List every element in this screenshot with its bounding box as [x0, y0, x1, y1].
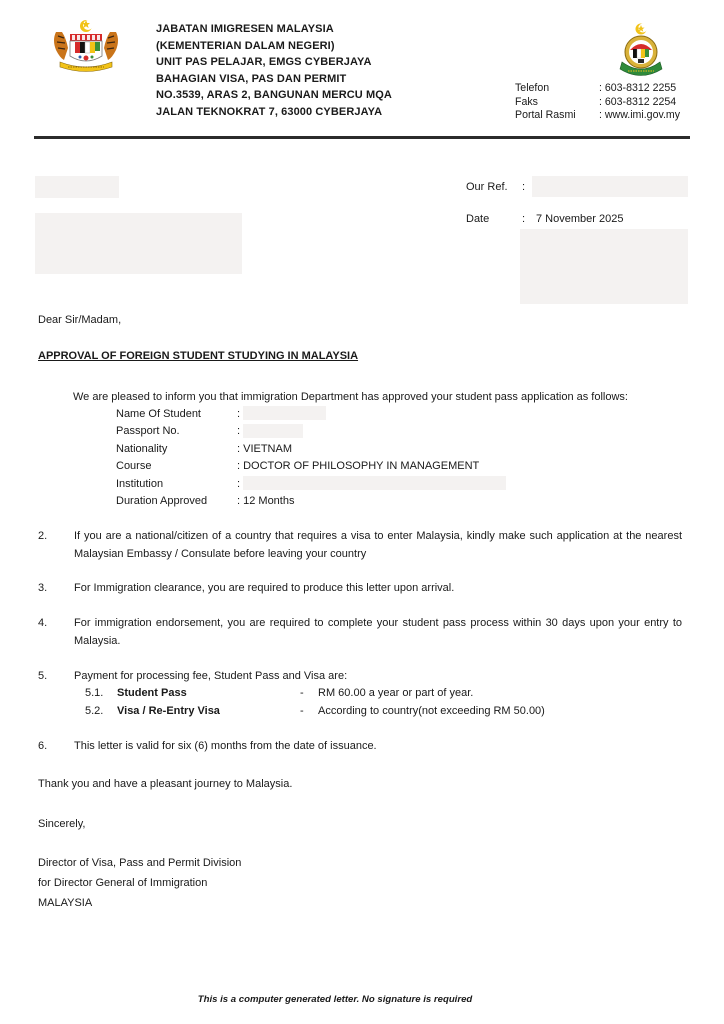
- detail-label: Passport No.: [116, 425, 237, 437]
- signatory-line: for Director General of Immigration: [38, 873, 241, 893]
- paragraph-5: 5. Payment for processing fee, Student P…: [38, 667, 682, 685]
- organization-address: JABATAN IMIGRESEN MALAYSIA (KEMENTERIAN …: [156, 21, 392, 121]
- org-line: BAHAGIAN VISA, PAS DAN PERMIT: [156, 71, 392, 88]
- paragraph-text: If you are a national/citizen of a count…: [74, 527, 682, 563]
- org-line: JALAN TEKNOKRAT 7, 63000 CYBERJAYA: [156, 104, 392, 121]
- contact-faks: Faks : 603-8312 2254: [515, 96, 680, 110]
- paragraph-number: 6.: [38, 737, 74, 755]
- detail-label: Name Of Student: [116, 408, 237, 420]
- org-line: NO.3539, ARAS 2, BANGUNAN MERCU MQA: [156, 87, 392, 104]
- immigration-department-crest-icon: [616, 22, 666, 82]
- fee-description: RM 60.00 a year or part of year.: [318, 685, 473, 702]
- detail-label: Course: [116, 460, 237, 472]
- date-value: 7 November 2025: [536, 213, 623, 225]
- paragraph-2: 2. If you are a national/citizen of a co…: [38, 527, 682, 563]
- our-ref-row: Our Ref. :: [466, 181, 536, 193]
- date-separator: :: [522, 213, 536, 225]
- detail-label: Duration Approved: [116, 495, 237, 507]
- detail-label: Nationality: [116, 443, 237, 455]
- fee-item-student-pass: 5.1. Student Pass - RM 60.00 a year or p…: [85, 685, 473, 702]
- salutation: Dear Sir/Madam,: [38, 312, 121, 329]
- fee-name: Visa / Re-Entry Visa: [117, 703, 300, 720]
- contact-telefon: Telefon : 603-8312 2255: [515, 82, 680, 96]
- detail-row: Name Of Student :: [116, 405, 479, 423]
- detail-value: : DOCTOR OF PHILOSOPHY IN MANAGEMENT: [237, 460, 479, 472]
- redacted-institution: [243, 476, 506, 490]
- contact-portal: Portal Rasmi : www.imi.gov.my: [515, 109, 680, 123]
- redacted-reference-block: [520, 229, 688, 304]
- detail-row: Duration Approved : 12 Months: [116, 493, 479, 511]
- date-row: Date : 7 November 2025: [466, 213, 623, 225]
- fee-number: 5.1.: [85, 685, 117, 702]
- header-divider: [34, 136, 690, 139]
- detail-row: Course : DOCTOR OF PHILOSOPHY IN MANAGEM…: [116, 458, 479, 476]
- paragraph-6: 6. This letter is valid for six (6) mont…: [38, 737, 682, 755]
- paragraph-3: 3. For Immigration clearance, you are re…: [38, 579, 682, 597]
- redacted-recipient-name: [35, 176, 119, 198]
- our-ref-label: Our Ref.: [466, 181, 522, 193]
- redacted-our-ref: [532, 176, 688, 197]
- detail-value: : 12 Months: [237, 495, 294, 507]
- signatory-line: Director of Visa, Pass and Permit Divisi…: [38, 853, 241, 873]
- letter-subject: APPROVAL OF FOREIGN STUDENT STUDYING IN …: [38, 350, 358, 362]
- paragraph-4: 4. For immigration endorsement, you are …: [38, 614, 682, 650]
- malaysia-coat-of-arms-icon: [50, 18, 122, 74]
- fee-dash: -: [300, 703, 318, 720]
- detail-value: :: [237, 425, 240, 437]
- intro-paragraph: We are pleased to inform you that immigr…: [73, 389, 628, 406]
- thank-you-line: Thank you and have a pleasant journey to…: [38, 775, 292, 794]
- paragraph-text: This letter is valid for six (6) months …: [74, 737, 682, 755]
- closing-line: Sincerely,: [38, 815, 85, 834]
- contact-value: : www.imi.gov.my: [599, 109, 680, 123]
- detail-label: Institution: [116, 478, 237, 490]
- fee-description: According to country(not exceeding RM 50…: [318, 703, 545, 720]
- contact-label: Telefon: [515, 82, 599, 96]
- redacted-student-name: [243, 406, 326, 420]
- date-label: Date: [466, 213, 522, 225]
- paragraph-number: 5.: [38, 667, 74, 685]
- redacted-recipient-address: [35, 213, 242, 274]
- contact-value: : 603-8312 2254: [599, 96, 676, 110]
- fee-number: 5.2.: [85, 703, 117, 720]
- redacted-passport-no: [243, 424, 303, 438]
- signatory-block: Director of Visa, Pass and Permit Divisi…: [38, 853, 241, 913]
- fee-name: Student Pass: [117, 685, 300, 702]
- paragraph-number: 2.: [38, 527, 74, 563]
- paragraph-number: 4.: [38, 614, 74, 650]
- paragraph-text: For immigration endorsement, you are req…: [74, 614, 682, 650]
- contact-label: Portal Rasmi: [515, 109, 599, 123]
- org-line: UNIT PAS PELAJAR, EMGS CYBERJAYA: [156, 54, 392, 71]
- footer-note: This is a computer generated letter. No …: [0, 994, 670, 1005]
- org-line: JABATAN IMIGRESEN MALAYSIA: [156, 21, 392, 38]
- org-line: (KEMENTERIAN DALAM NEGERI): [156, 38, 392, 55]
- detail-value: :: [237, 408, 240, 420]
- detail-value: : VIETNAM: [237, 443, 292, 455]
- detail-row: Institution :: [116, 475, 479, 493]
- fee-dash: -: [300, 685, 318, 702]
- detail-row: Passport No. :: [116, 423, 479, 441]
- student-details: Name Of Student : Passport No. : Nationa…: [116, 405, 479, 510]
- contact-label: Faks: [515, 96, 599, 110]
- detail-value: :: [237, 478, 240, 490]
- paragraph-number: 3.: [38, 579, 74, 597]
- contact-info: Telefon : 603-8312 2255 Faks : 603-8312 …: [515, 82, 680, 123]
- paragraph-text: Payment for processing fee, Student Pass…: [74, 667, 682, 685]
- paragraph-text: For Immigration clearance, you are requi…: [74, 579, 682, 597]
- contact-value: : 603-8312 2255: [599, 82, 676, 96]
- detail-row: Nationality : VIETNAM: [116, 440, 479, 458]
- signatory-line: MALAYSIA: [38, 893, 241, 913]
- fee-item-visa: 5.2. Visa / Re-Entry Visa - According to…: [85, 703, 545, 720]
